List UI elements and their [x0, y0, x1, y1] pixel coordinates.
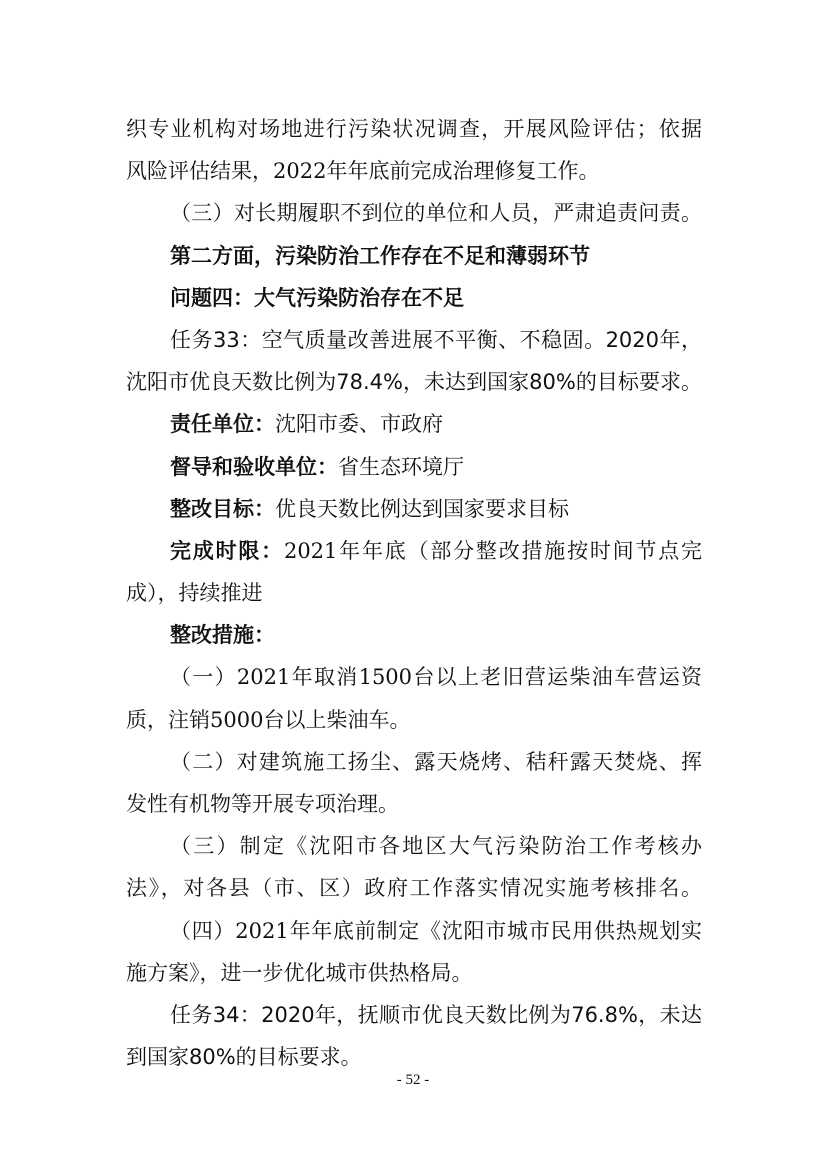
field-label: 督导和验收单位：: [170, 455, 338, 479]
paragraph-line: 风险评估结果，2022年年底前完成治理修复工作。: [126, 150, 702, 192]
measure-item: （三）制定《沈阳市各地区大气污染防治工作考核办: [126, 825, 702, 867]
measure-item-cont: 发性有机物等开展专项治理。: [126, 783, 702, 825]
paragraph-line: 织专业机构对场地进行污染状况调查，开展风险评估；依据: [126, 108, 702, 150]
deadline: 完成时限：2021年年底（部分整改措施按时间节点完: [126, 530, 702, 572]
measure-item-cont: 质，注销5000台以上柴油车。: [126, 699, 702, 741]
supervising-unit: 督导和验收单位：省生态环境厅: [126, 446, 702, 488]
measure-item: （二）对建筑施工扬尘、露天烧烤、秸秆露天焚烧、挥: [126, 741, 702, 783]
task-heading-cont: 沈阳市优良天数比例为78.4%，未达到国家80%的目标要求。: [126, 361, 702, 403]
measures-heading: 整改措施：: [126, 614, 702, 656]
field-value: 沈阳市委、市政府: [275, 412, 443, 436]
task-heading: 任务33：空气质量改善进展不平衡、不稳固。2020年，: [126, 319, 702, 361]
measure-item: （四）2021年年底前制定《沈阳市城市民用供热规划实: [126, 910, 702, 952]
body-text: 织专业机构对场地进行污染状况调查，开展风险评估；依据 风险评估结果，2022年年…: [126, 108, 702, 1078]
field-value: 优良天数比例达到国家要求目标: [275, 497, 569, 521]
responsible-unit: 责任单位：沈阳市委、市政府: [126, 403, 702, 445]
measure-item: （三）对长期履职不到位的单位和人员，严肃追责问责。: [126, 192, 702, 234]
field-label: 整改目标：: [170, 497, 275, 521]
deadline-cont: 成），持续推进: [126, 572, 702, 614]
rectification-goal: 整改目标：优良天数比例达到国家要求目标: [126, 488, 702, 530]
measure-item-cont: 法》，对各县（市、区）政府工作落实情况实施考核排名。: [126, 867, 702, 909]
field-label: 完成时限：: [170, 539, 284, 563]
page-number: - 52 -: [0, 1072, 826, 1089]
field-value: 省生态环境厅: [338, 455, 464, 479]
field-label: 整改措施：: [170, 623, 275, 647]
field-value: 2021年年底（部分整改措施按时间节点完: [284, 539, 702, 563]
problem-heading: 问题四：大气污染防治存在不足: [126, 277, 702, 319]
field-label: 责任单位：: [170, 412, 275, 436]
measure-item: （一）2021年取消1500台以上老旧营运柴油车营运资: [126, 656, 702, 698]
task-heading: 任务34：2020年，抚顺市优良天数比例为76.8%，未达: [126, 994, 702, 1036]
document-page: 织专业机构对场地进行污染状况调查，开展风险评估；依据 风险评估结果，2022年年…: [0, 0, 826, 1169]
section-heading: 第二方面，污染防治工作存在不足和薄弱环节: [126, 235, 702, 277]
measure-item-cont: 施方案》，进一步优化城市供热格局。: [126, 952, 702, 994]
